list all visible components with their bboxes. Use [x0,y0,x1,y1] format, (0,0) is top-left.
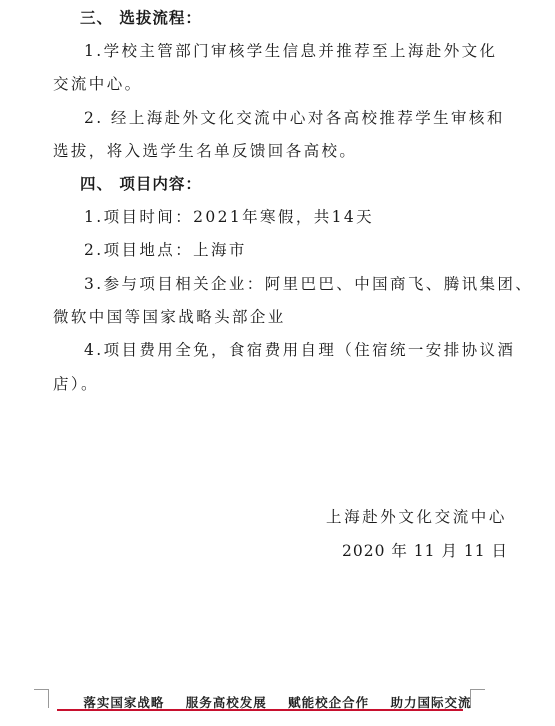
paragraph-4-3-line2: 微软中国等国家战略头部企业 [53,305,286,327]
paragraph-4-1: 1.项目时间：2021年寒假，共14天 [84,205,374,227]
section-heading-3: 三、 选拔流程： [80,6,202,28]
signature-organization: 上海赴外文化交流中心 [326,505,507,527]
paragraph-3-2-line2: 选拔，将入选学生名单反馈回各高校。 [53,139,357,161]
paragraph-4-4-line1: 4.项目费用全免，食宿费用自理（住宿统一安排协议酒 [84,338,515,360]
paragraph-4-2: 2.项目地点：上海市 [84,238,247,260]
footer-slogan-4: 助力国际交流 [391,695,472,710]
section-heading-4: 四、 项目内容： [80,172,202,194]
paragraph-4-4-line2: 店）。 [53,372,99,394]
paragraph-3-2-line1: 2. 经上海赴外文化交流中心对各高校推荐学生审核和 [84,106,505,128]
footer-red-rule [57,709,463,711]
paragraph-4-3-line1: 3.参与项目相关企业：阿里巴巴、中国商飞、腾讯集团、 [84,272,533,294]
paragraph-3-1-line1: 1.学校主管部门审核学生信息并推荐至上海赴外文化 [84,39,497,61]
paragraph-3-1-line2: 交流中心。 [53,72,143,94]
footer-slogan-3: 赋能校企合作 [288,695,369,710]
footer-slogan-2: 服务高校发展 [186,695,267,710]
footer-slogan-1: 落实国家战略 [83,695,164,710]
signature-date: 2020 年 11 月 11 日 [342,539,508,561]
